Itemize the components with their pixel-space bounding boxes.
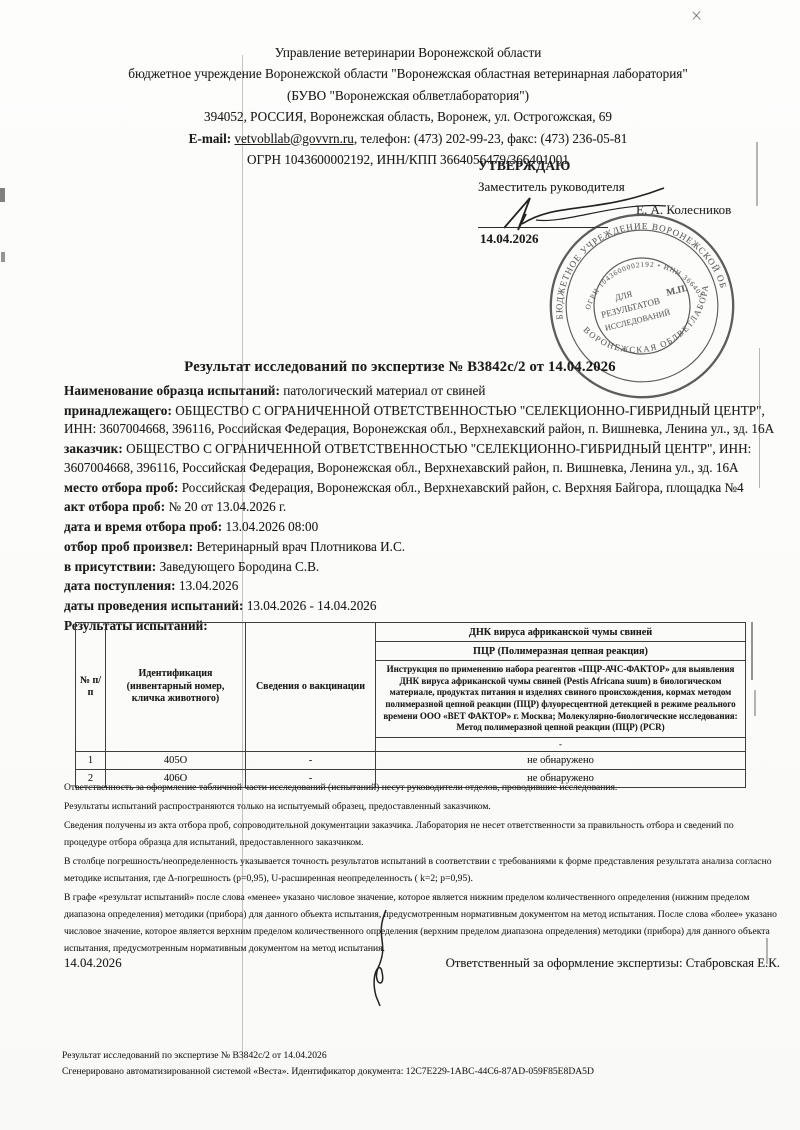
- org-name-line1: Управление ветеринарии Воронежской облас…: [56, 42, 760, 63]
- field-sample-name: Наименование образца испытаний: патологи…: [64, 382, 778, 401]
- field-value: 13.04.2026 08:00: [226, 519, 319, 534]
- document-footer: Результат исследований по экспертизе № В…: [62, 1048, 770, 1081]
- email-label: E-mail:: [189, 131, 232, 146]
- scan-artifact: [0, 188, 5, 202]
- field-sampling-place: место отбора проб: Российская Федерация,…: [64, 479, 778, 498]
- result-group-header: ДНК вируса африканской чумы свиней: [376, 623, 746, 642]
- approval-block: УТВЕРЖДАЮ Заместитель руководителя Е. А.…: [478, 158, 780, 195]
- org-contacts: E-mail: vetvobllab@govvrn.ru, телефон: (…: [56, 128, 760, 149]
- result-units-cell: -: [376, 738, 746, 752]
- email-address: vetvobllab@govvrn.ru,: [234, 131, 357, 146]
- row-identification: 405О: [106, 752, 246, 770]
- field-owner: принадлежащего: ОБЩЕСТВО С ОГРАНИЧЕННОЙ …: [64, 402, 778, 439]
- col-header-vaccination: Сведения о вакцинации: [246, 623, 376, 752]
- footer-generated-line: Сгенерировано автоматизированной системо…: [62, 1064, 770, 1080]
- org-name-line2: бюджетное учреждение Воронежской области…: [56, 63, 760, 84]
- field-label: Наименование образца испытаний:: [64, 383, 280, 398]
- field-sampled-by: отбор проб произвел: Ветеринарный врач П…: [64, 538, 778, 557]
- result-method-detail: Инструкция по применению набора реагенто…: [376, 661, 746, 738]
- col-header-number: № п/п: [76, 623, 106, 752]
- field-label: дата поступления:: [64, 578, 176, 593]
- field-sampling-datetime: дата и время отбора проб: 13.04.2026 08:…: [64, 518, 778, 537]
- row-number: 1: [76, 752, 106, 770]
- stamp-center-line1: ДЛЯ: [614, 289, 634, 303]
- field-label: дата и время отбора проб:: [64, 519, 222, 534]
- field-label: в присутствии:: [64, 559, 156, 574]
- field-label: даты проведения испытаний:: [64, 598, 244, 613]
- field-label: акт отбора проб:: [64, 499, 165, 514]
- field-witness: в присутствии: Заведующего Бородина С.В.: [64, 558, 778, 577]
- footer-expertise-line: Результат исследований по экспертизе № В…: [62, 1048, 770, 1064]
- document-page: Управление ветеринарии Воронежской облас…: [0, 0, 800, 1130]
- col-header-identification: Идентификация (инвентарный номер, кличка…: [106, 623, 246, 752]
- field-value: 13.04.2026 - 14.04.2026: [247, 598, 377, 613]
- footnote: Результаты испытаний распространяются то…: [64, 798, 778, 815]
- field-sampling-act: акт отбора проб: № 20 от 13.04.2026 г.: [64, 498, 778, 517]
- field-label: заказчик:: [64, 441, 123, 456]
- field-value: Заведующего Бородина С.В.: [160, 559, 320, 574]
- signature-scribble: [360, 908, 404, 1008]
- field-customer: заказчик: ОБЩЕСТВО С ОГРАНИЧЕННОЙ ОТВЕТС…: [64, 440, 778, 477]
- signoff-date: 14.04.2026: [64, 956, 122, 971]
- results-table: № п/п Идентификация (инвентарный номер, …: [75, 622, 746, 788]
- fold-line-artifact: [242, 55, 243, 1060]
- letterhead: Управление ветеринарии Воронежской облас…: [56, 42, 760, 170]
- stamp-mp-label: М.П.: [665, 283, 688, 299]
- field-value: № 20 от 13.04.2026 г.: [169, 499, 287, 514]
- scan-artifact: [766, 938, 768, 964]
- footnote: Сведения получены из акта отбора проб, с…: [64, 817, 778, 851]
- org-name-line3: (БУВО "Воронежская облветлаборатория"): [56, 85, 760, 106]
- scan-artifact: [754, 690, 756, 716]
- scan-artifact: [751, 622, 753, 680]
- table-row: 1 405О - не обнаружено: [76, 752, 746, 770]
- approve-label: УТВЕРЖДАЮ: [478, 158, 780, 174]
- field-label: отбор проб произвел:: [64, 539, 193, 554]
- org-address: 394052, РОССИЯ, Воронежская область, Вор…: [56, 106, 760, 127]
- footnotes: Ответственность за оформление табличной …: [64, 779, 778, 959]
- field-value: Российская Федерация, Воронежская обл., …: [182, 480, 744, 495]
- field-label: место отбора проб:: [64, 480, 179, 495]
- field-received-date: дата поступления: 13.04.2026: [64, 577, 778, 596]
- responsible-person: Ответственный за оформление экспертизы: …: [446, 956, 780, 971]
- scan-artifact: [692, 10, 702, 20]
- result-method-header: ПЦР (Полимеразная цепная реакция): [376, 642, 746, 661]
- phone-fax: телефон: (473) 202-99-23, факс: (473) 23…: [361, 131, 628, 146]
- row-vaccination: -: [246, 752, 376, 770]
- scan-artifact: [756, 142, 758, 206]
- scan-artifact: [1, 252, 5, 262]
- footnote: В столбце погрешность/неопределенность у…: [64, 853, 778, 887]
- field-value: 13.04.2026: [179, 578, 238, 593]
- field-value: Ветеринарный врач Плотникова И.С.: [196, 539, 405, 554]
- footnote: Ответственность за оформление табличной …: [64, 779, 778, 796]
- field-label: принадлежащего:: [64, 403, 172, 418]
- footnote: В графе «результат испытаний» после слов…: [64, 889, 778, 957]
- row-result: не обнаружено: [376, 752, 746, 770]
- field-value: ОБЩЕСТВО С ОГРАНИЧЕННОЙ ОТВЕТСТВЕННОСТЬЮ…: [64, 441, 751, 475]
- scan-artifact: [759, 348, 760, 488]
- sample-details: Наименование образца испытаний: патологи…: [64, 382, 778, 637]
- field-value: патологический материал от свиней: [283, 383, 485, 398]
- field-test-dates: даты проведения испытаний: 13.04.2026 - …: [64, 597, 778, 616]
- document-title: Результат исследований по экспертизе № В…: [0, 359, 800, 376]
